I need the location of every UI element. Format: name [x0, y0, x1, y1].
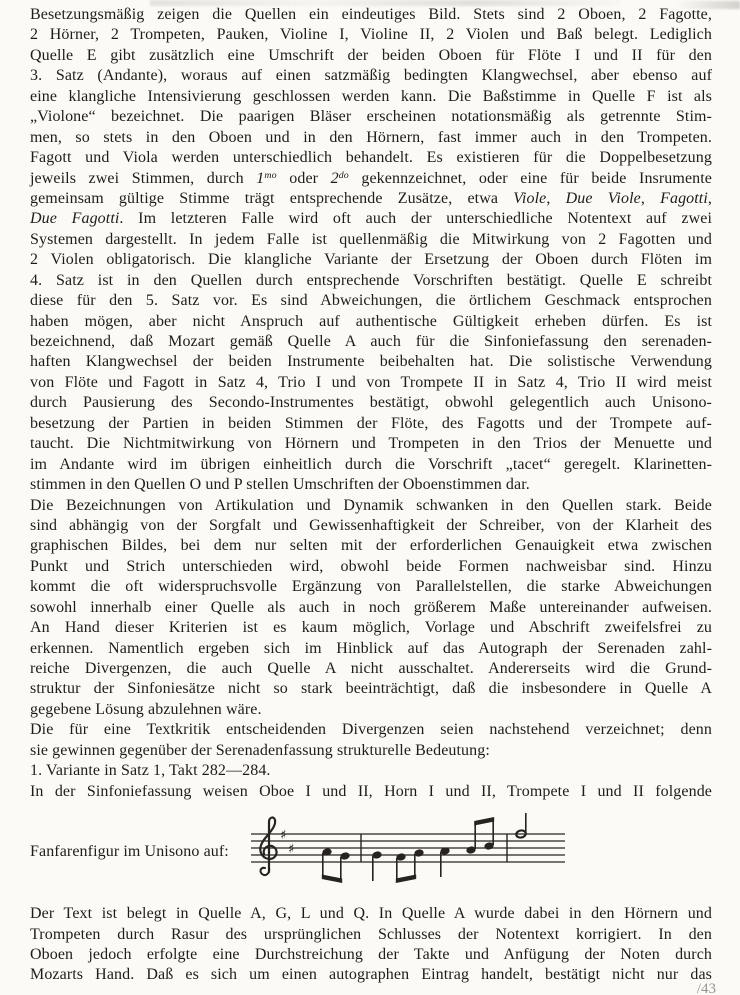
staff-lines [251, 834, 565, 862]
text-line: Oboen jedoch erfolgte eine Durchstreichu… [30, 945, 712, 965]
text-line: Punkt und Strich unterschieden wird, obw… [30, 557, 712, 577]
music-staff-figure: ♯ ♯ [247, 810, 569, 896]
text-line: Due Fagotti. Im letzteren Falle wird oft… [30, 209, 712, 229]
text-line: struktur der Sinfoniesätze nicht so star… [30, 679, 712, 699]
text-line: Mozarts Hand. Daß es sich um einen autog… [30, 965, 712, 985]
text-line: Die Bezeichnungen von Artikulation und D… [30, 496, 712, 516]
text-line: diese für den 5. Satz vor. Es sind Abwei… [30, 291, 712, 311]
text-line: besetzung der Partien in beiden Stimmen … [30, 414, 712, 434]
fanfare-figure-row: Fanfarenfigur im Unisono auf: ♯ ♯ [30, 810, 712, 898]
text-line: Systemen dargestellt. In jedem Falle ist… [30, 230, 712, 250]
text-line: sowohl innerhalb einer Quelle als auch i… [30, 598, 712, 618]
text-column: Besetzungsmäßig zeigen die Quellen ein e… [30, 5, 712, 986]
text-line: 2 Hörner, 2 Trompeten, Pauken, Violine I… [30, 25, 712, 45]
text-line: im Andante wird im übrigen einheitlich d… [30, 455, 712, 475]
text-line: erkennen. Namentlich ergeben sich im Hin… [30, 639, 712, 659]
text-line: stimmen in den Quellen O und P stellen U… [30, 475, 712, 495]
text-line: Trompeten durch Rasur des ursprünglichen… [30, 925, 712, 945]
text-line: 4. Satz ist in den Quellen durch entspre… [30, 271, 712, 291]
text-line: eine klangliche Intensivierung geschloss… [30, 87, 712, 107]
text-line: reiche Divergenzen, die auch Quelle A ni… [30, 659, 712, 679]
svg-text:♯: ♯ [288, 842, 294, 857]
treble-clef-icon [260, 818, 276, 876]
text-line: Die für eine Textkritik entscheidenden D… [30, 720, 712, 740]
text-line: An Hand dieser Kriterien ist es kaum mög… [30, 618, 712, 638]
text-line: bezeichnend, daß Mozart gemäß Quelle A a… [30, 332, 712, 352]
svg-text:♯: ♯ [280, 828, 286, 843]
text-line: „Violone“ bezeichnet. Die paarigen Bläse… [30, 107, 712, 127]
text-line: gemeinsam gültige Stimme trägt entsprech… [30, 189, 712, 209]
text-line: 2 Violen obligatorisch. Die klangliche V… [30, 250, 712, 270]
page-mark: /43 [697, 981, 716, 995]
document-page: Besetzungsmäßig zeigen die Quellen ein e… [0, 0, 740, 995]
text-line: haften Klangwechsel der beiden Instrumen… [30, 352, 712, 372]
text-line: Fagott und Viola werden unterschiedlich … [30, 148, 712, 168]
text-line: kommt die oft widerspruchsvolle Ergänzun… [30, 577, 712, 597]
text-line: haben mögen, aber nicht Anspruch auf aut… [30, 312, 712, 332]
text-line: sind abhängig von der Sorgfalt und Gewis… [30, 516, 712, 536]
text-line: taucht. Die Nichtmitwirkung von Hörnern … [30, 434, 712, 454]
text-line: 1. Variante in Satz 1, Takt 282—284. [30, 761, 712, 781]
text-line: Besetzungsmäßig zeigen die Quellen ein e… [30, 5, 712, 25]
text-line: jeweils zwei Stimmen, durch 1mo oder 2do… [30, 169, 712, 189]
text-line: 3. Satz (Andante), woraus auf einen satz… [30, 66, 712, 86]
text-line: In der Sinfoniefassung weisen Oboe I und… [30, 782, 712, 802]
text-line: graphischen Bildes, bei dem nur selten m… [30, 536, 712, 556]
music-figure-label: Fanfarenfigur im Unisono auf: [30, 842, 229, 862]
text-line: durch Pausierung des Secondo-Instrumente… [30, 393, 712, 413]
text-line: Quelle E gibt zusätzlich eine Umschrift … [30, 46, 712, 66]
key-signature-sharps: ♯ ♯ [280, 828, 294, 857]
text-line: men, so stets in den Oboen und in den Hö… [30, 128, 712, 148]
text-line: von Flöte und Fagott in Satz 4, Trio I u… [30, 373, 712, 393]
text-line: Der Text ist belegt in Quelle A, G, L un… [30, 904, 712, 924]
text-line: gegebene Lösung abzulehnen wäre. [30, 700, 712, 720]
text-line: sie gewinnen gegenüber der Serenadenfass… [30, 741, 712, 761]
